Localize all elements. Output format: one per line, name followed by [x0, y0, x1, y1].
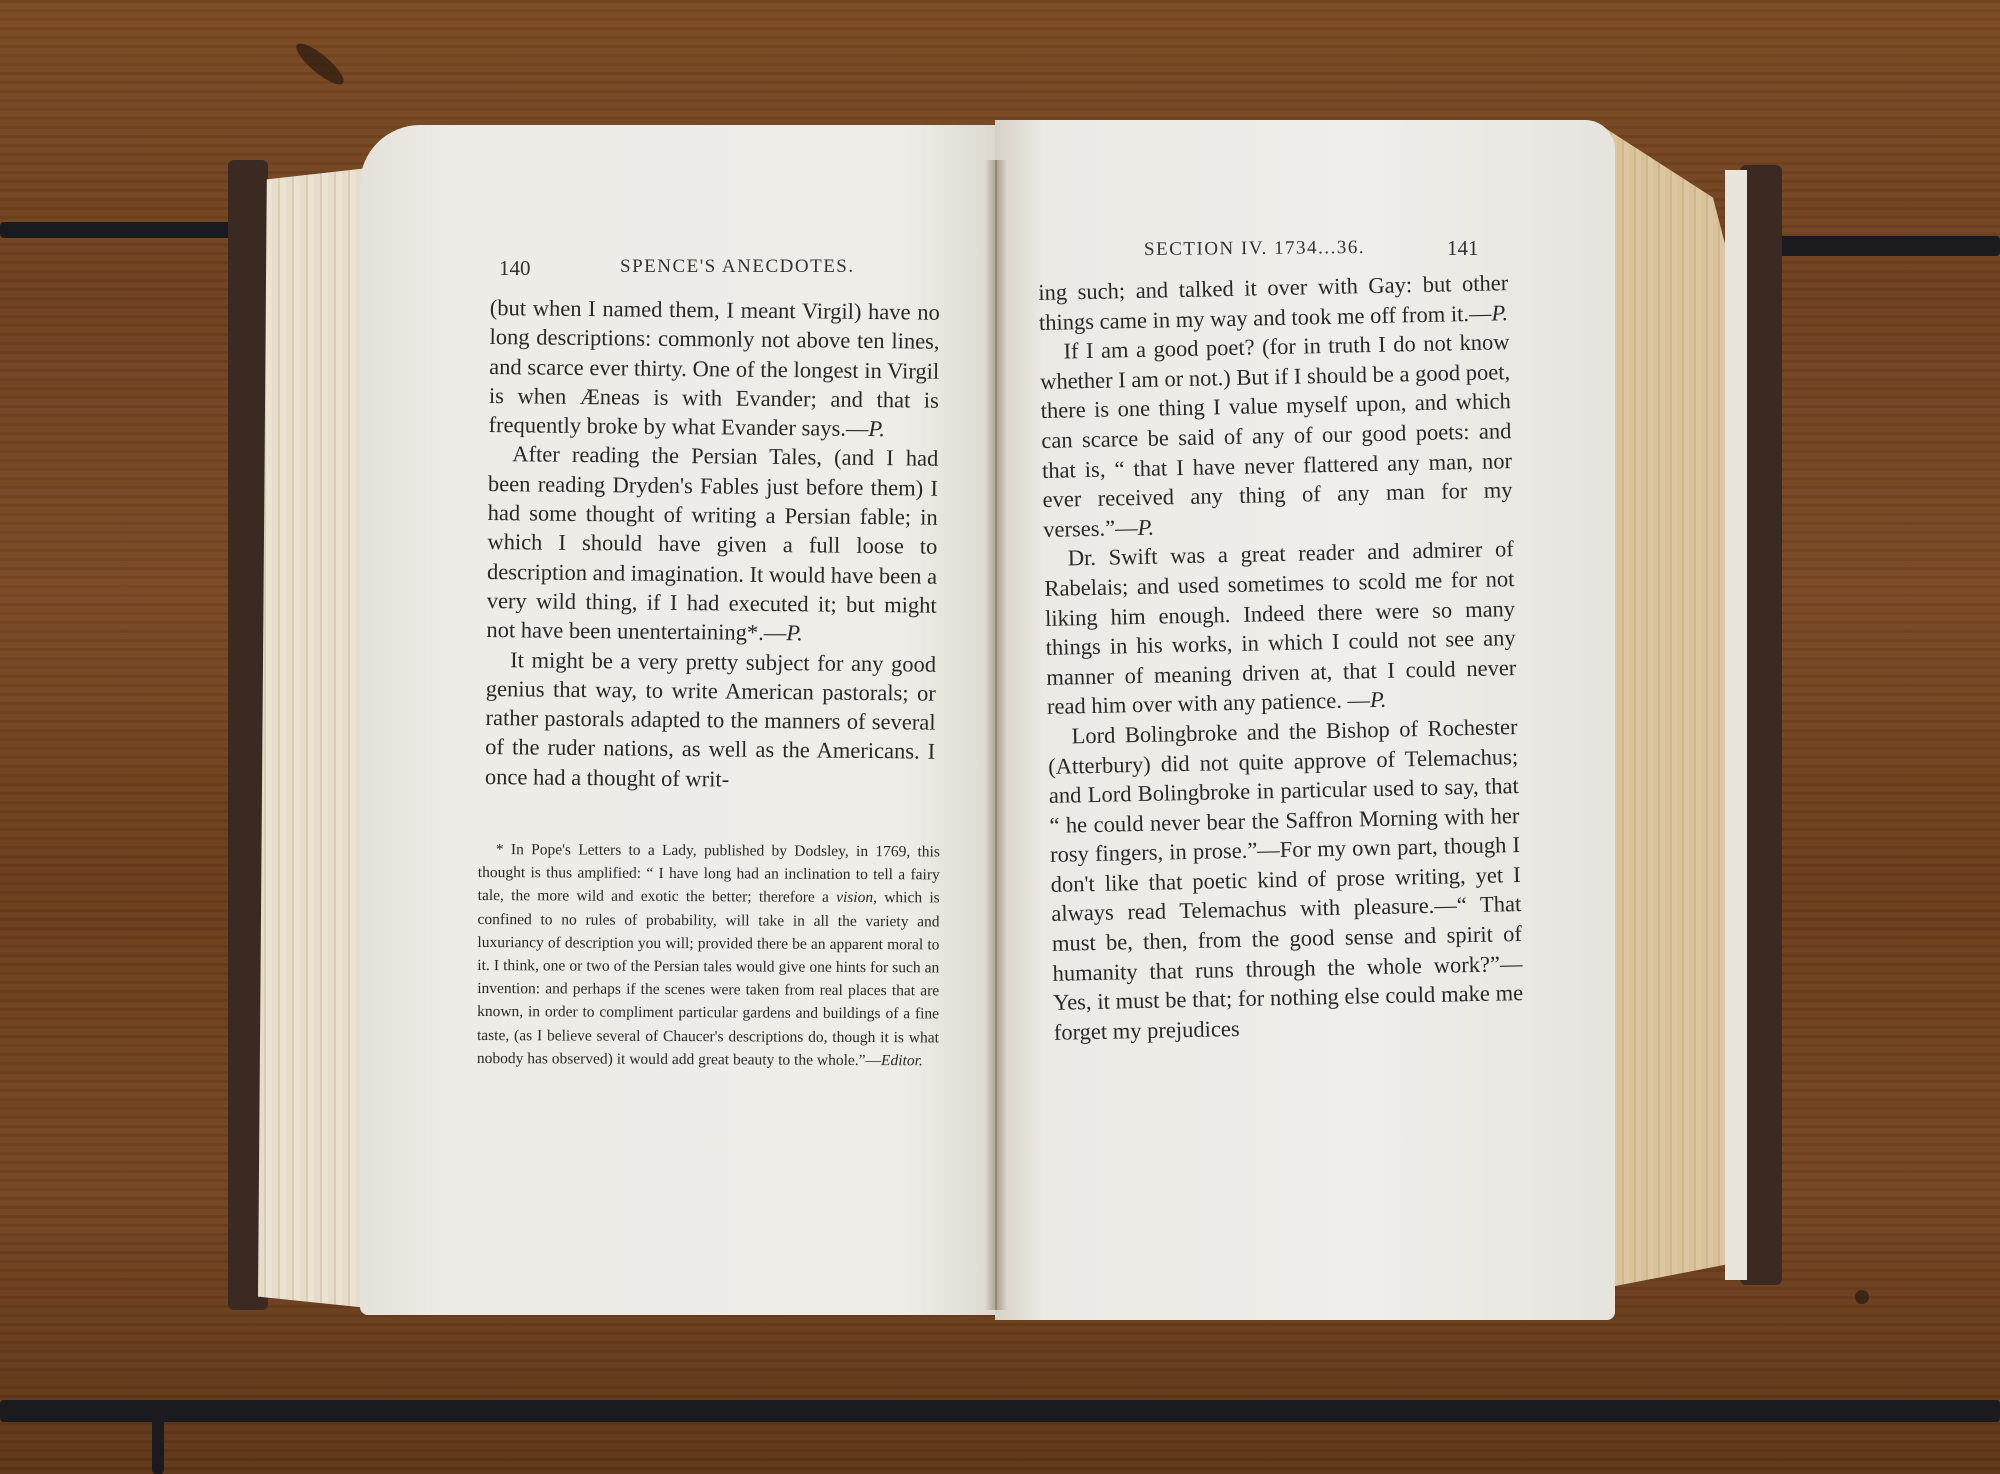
page-number-right: 141 — [1447, 236, 1479, 261]
table-seam-upper-left — [0, 222, 235, 238]
paragraph: Lord Bolingbroke and the Bishop of Roche… — [1047, 712, 1524, 1047]
wood-knot — [1855, 1290, 1869, 1304]
paragraph: After reading the Persian Tales, (and I … — [486, 439, 938, 649]
paragraph: If I am a good poet? (for in truth I do … — [1039, 327, 1513, 544]
left-page-body: (but when I named them, I meant Virgil) … — [485, 293, 940, 796]
paragraph: Dr. Swift was a great reader and admirer… — [1044, 534, 1518, 721]
table-seam-vertical — [152, 1400, 164, 1474]
page-number-left: 140 — [499, 256, 531, 281]
book-gutter — [985, 160, 1007, 1310]
right-page-body: ing such; and talked it over with Gay: b… — [1038, 268, 1524, 1047]
paragraph: (but when I named them, I meant Virgil) … — [488, 293, 940, 444]
endpaper-right — [1725, 170, 1747, 1280]
page-edges-right — [1605, 128, 1725, 1288]
table-seam-upper-right — [1765, 236, 2000, 256]
running-head-left: SPENCE'S ANECDOTES. — [620, 256, 855, 278]
paragraph: It might be a very pretty subject for an… — [485, 645, 937, 796]
table-seam-lower — [0, 1400, 2000, 1422]
paragraph: ing such; and talked it over with Gay: b… — [1038, 268, 1509, 337]
running-head-right: SECTION IV. 1734...36. — [1144, 237, 1365, 261]
page-edges-left — [258, 168, 368, 1308]
footnote: * In Pope's Letters to a Lady, published… — [477, 838, 940, 1072]
